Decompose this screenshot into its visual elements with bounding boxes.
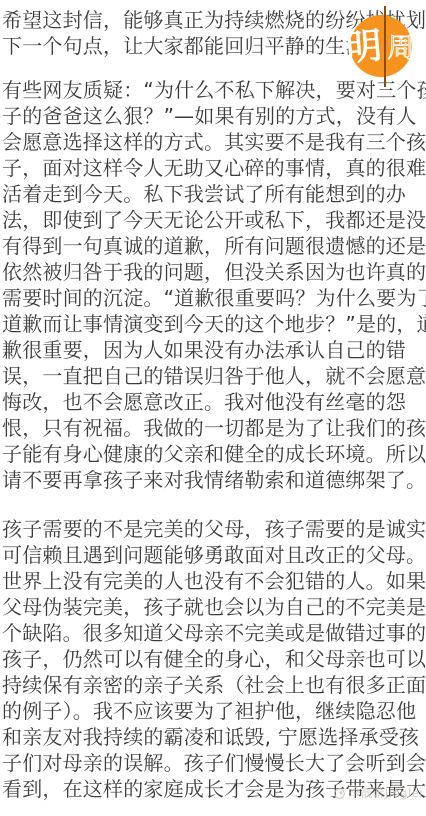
logo-char-zhou: 周 xyxy=(388,33,415,64)
text-line: 误，一直把自己的错误归咎于他人，就不会愿意 xyxy=(2,363,426,389)
text-line: 世界上没有完美的人也没有不会犯错的人。如果 xyxy=(2,568,426,594)
mingpao-logo-graphic: 明 周 xyxy=(334,0,426,92)
paragraph-3: 孩子需要的不是完美的父母，孩子需要的是诚实可信赖且遇到问题能够勇敢面对且改正的父… xyxy=(2,516,426,802)
weibo-watermark: 李靓蕾Jinglei xyxy=(333,785,423,801)
text-line: 个缺陷。很多知道父母亲不完美或是做错过事的 xyxy=(2,620,426,646)
text-line: 孩子需要的不是完美的父母，孩子需要的是诚实 xyxy=(2,516,426,542)
text-line: 子，面对这样令人无助又心碎的事情，真的很难 xyxy=(2,155,426,181)
text-line: 有得到一句真诚的道歉，所有问题很遗憾的还是 xyxy=(2,233,426,259)
watermark-username: 李靓蕾Jinglei xyxy=(349,785,423,801)
text-line: 法，即使到了今天无论公开或私下，我都还是没 xyxy=(2,207,426,233)
text-line: 依然被归咎于我的问题，但没关系因为也许真的 xyxy=(2,259,426,285)
text-line: 可信赖且遇到问题能够勇敢面对且改正的父母。 xyxy=(2,542,426,568)
mingpao-weekly-logo: 明 周 xyxy=(334,0,426,92)
paragraph-2: 有些网友质疑：“为什么不私下解决，要对三个孩子的爸爸这么狠？”—如果有别的方式，… xyxy=(2,77,426,493)
logo-char-ming: 明 xyxy=(344,26,383,70)
text-line: 的例子）。我不应该要为了袒护他，继续隐忍他 xyxy=(2,698,426,724)
text-line: 恨，只有祝福。我做的一切都是为了让我们的孩 xyxy=(2,415,426,441)
text-line: 子的爸爸这么狠？”—如果有别的方式，没有人 xyxy=(2,103,426,129)
text-line: 父母伪装完美，孩子就也会以为自己的不完美是 xyxy=(2,594,426,620)
text-line: 会愿意选择这样的方式。其实要不是我有三个孩 xyxy=(2,129,426,155)
article-text: 希望这封信，能够真正为持续燃烧的纷纷扰扰划下一个句点，让大家都能回归平静的生活。… xyxy=(2,7,426,802)
long-text-statement-image: 希望这封信，能够真正为持续燃烧的纷纷扰扰划下一个句点，让大家都能回归平静的生活。… xyxy=(0,0,426,816)
text-line: 和亲友对我持续的霸凌和诋毁, 宁愿选择承受孩 xyxy=(2,724,426,750)
text-line: 需要时间的沉淀。“道歉很重要吗？为什么要为了 xyxy=(2,285,426,311)
text-line: 悔改，也不会愿意改正。我对他没有丝毫的怨 xyxy=(2,389,426,415)
text-line: 持续保有亲密的亲子关系（社会上也有很多正面 xyxy=(2,672,426,698)
text-line: 子们对母亲的误解。孩子们慢慢长大了会听到会 xyxy=(2,750,426,776)
text-line: 请不要再拿孩子来对我情绪勒索和道德绑架了。 xyxy=(2,467,426,493)
weibo-logo-icon xyxy=(333,787,346,800)
text-line: 子能有身心健康的父亲和健全的成长环境。所以 xyxy=(2,441,426,467)
text-line: 活着走到今天。私下我尝试了所有能想到的办 xyxy=(2,181,426,207)
text-line: 道歉而让事情演变到今天的这个地步？”是的，道 xyxy=(2,311,426,337)
text-line: 歉很重要，因为人如果没有办法承认自己的错 xyxy=(2,337,426,363)
text-line: 孩子，仍然可以有健全的身心，和父母亲也可以 xyxy=(2,646,426,672)
